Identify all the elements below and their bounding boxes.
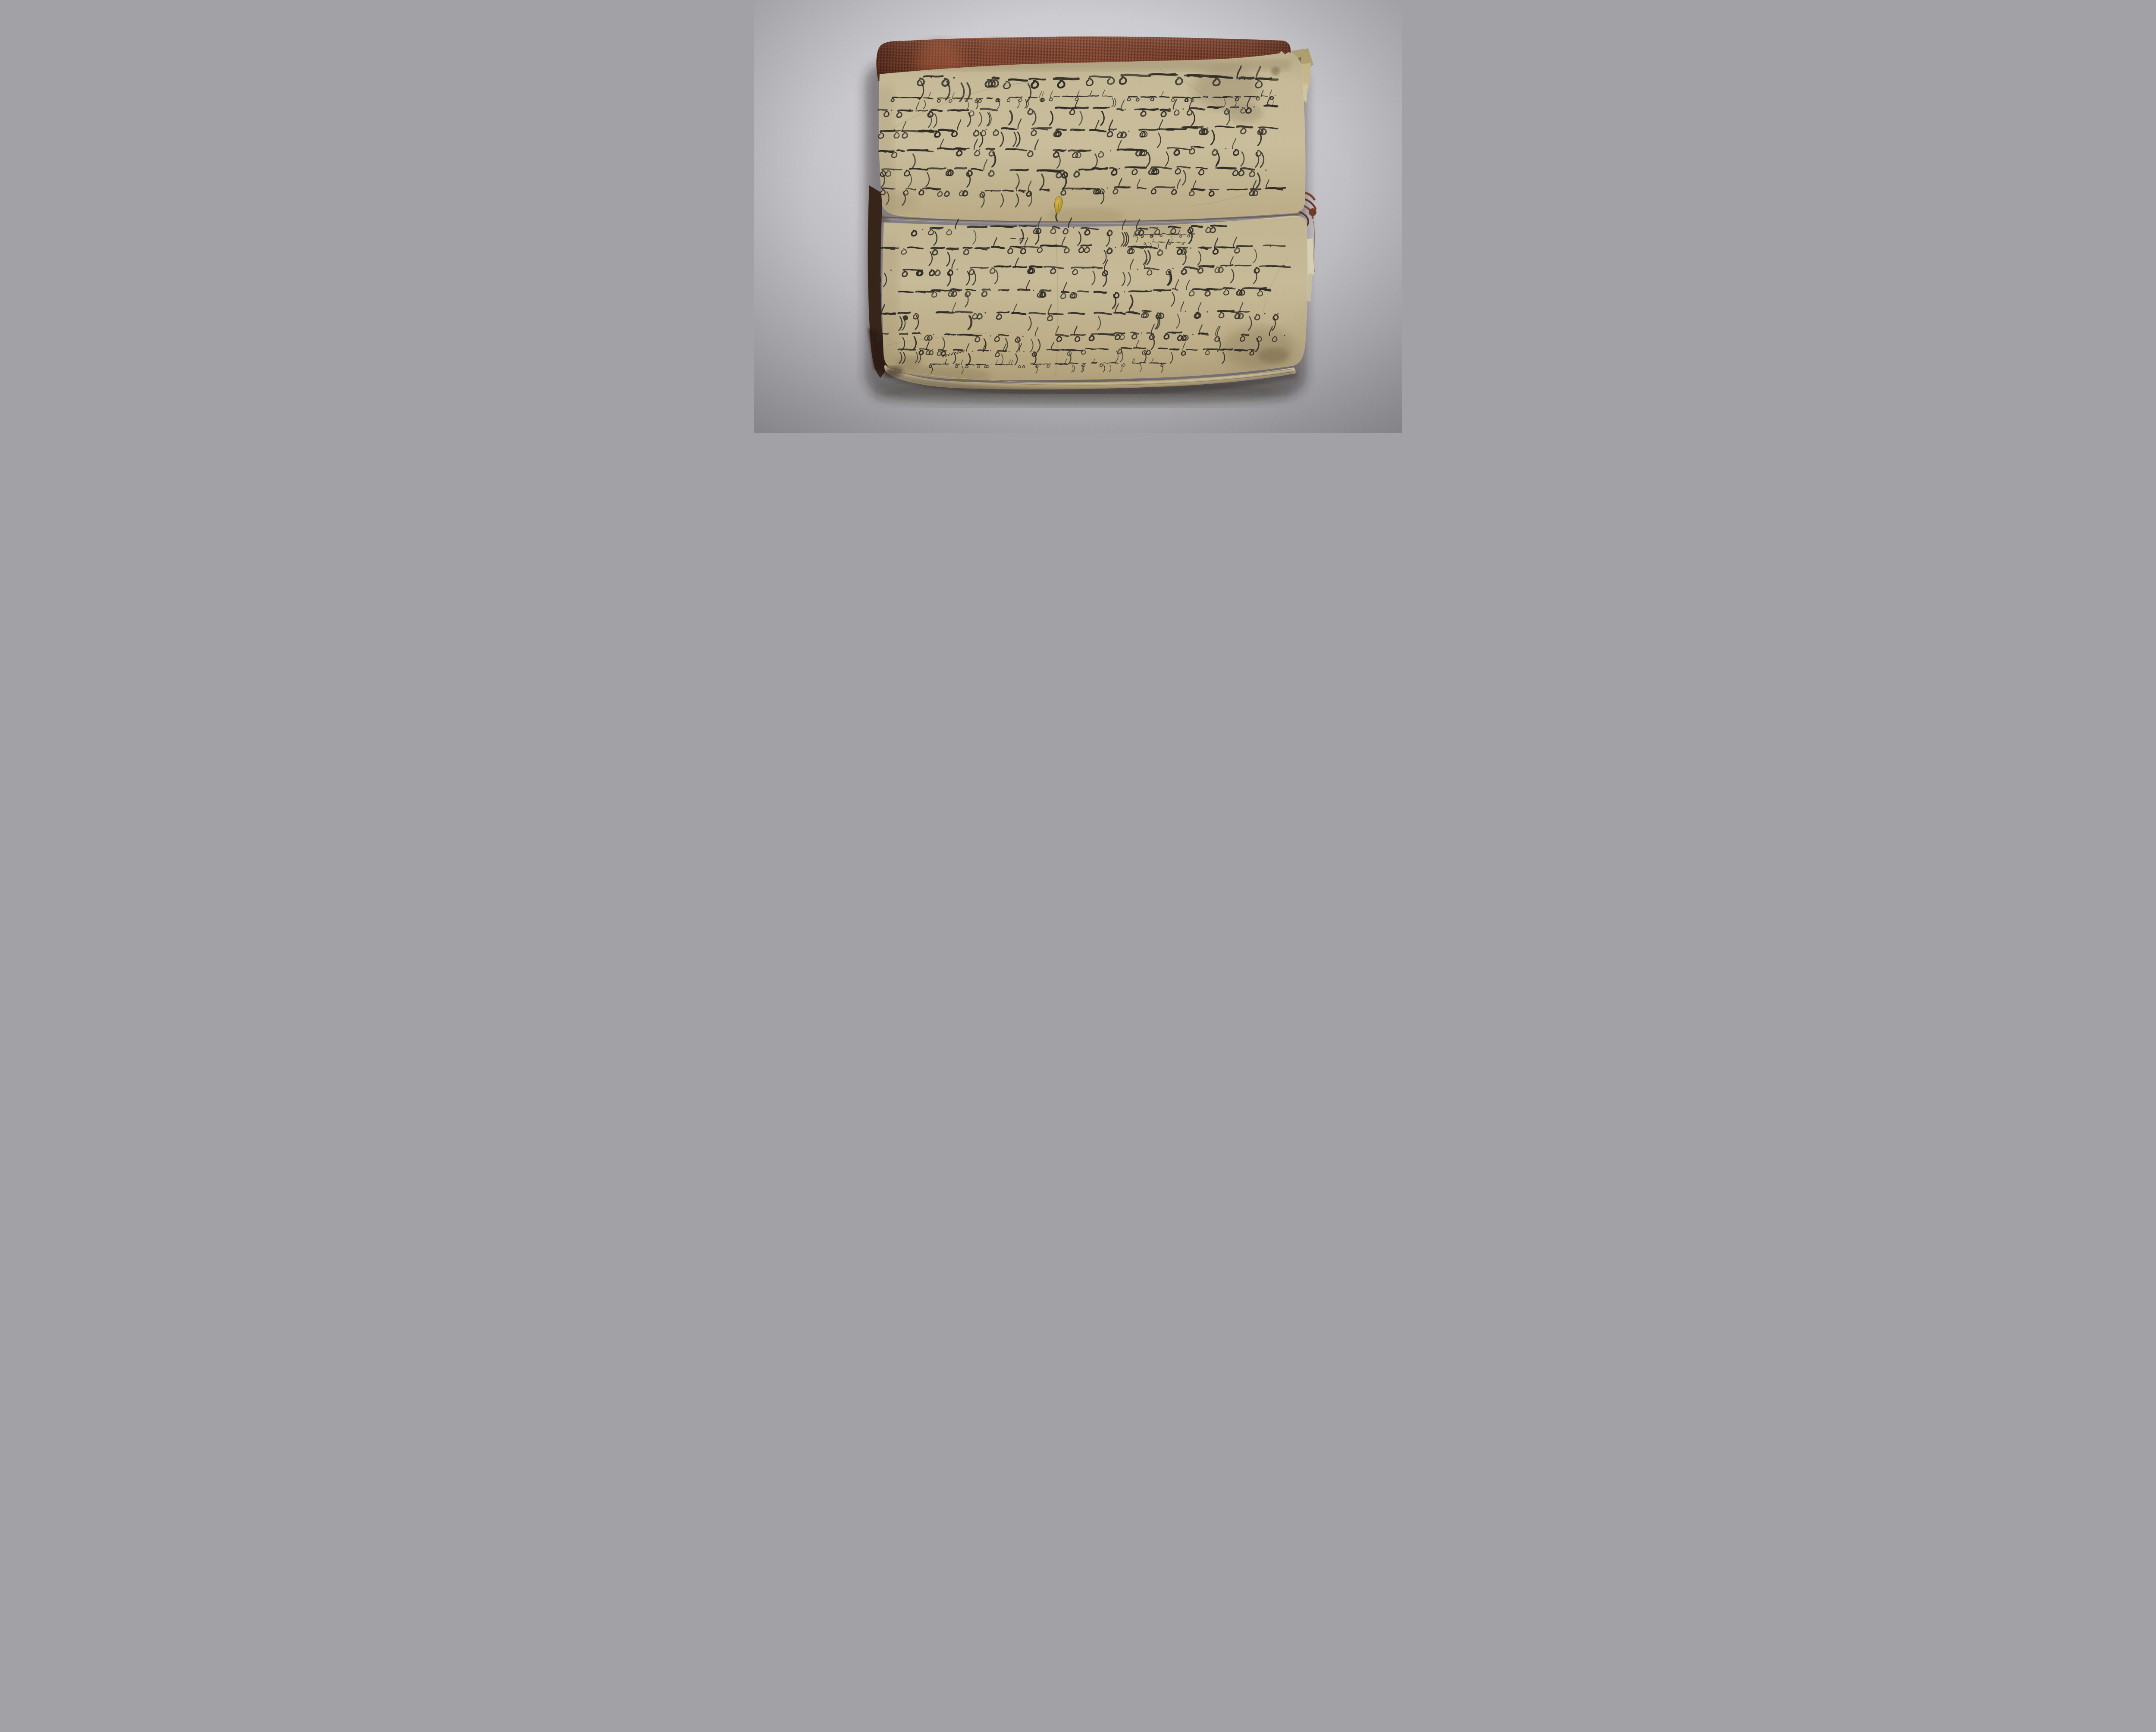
manuscript-photo: Open handwritten Tibetan manuscript book… (754, 0, 1402, 433)
photo-vignette (754, 0, 1402, 433)
manuscript-photo-canvas (754, 0, 1402, 433)
